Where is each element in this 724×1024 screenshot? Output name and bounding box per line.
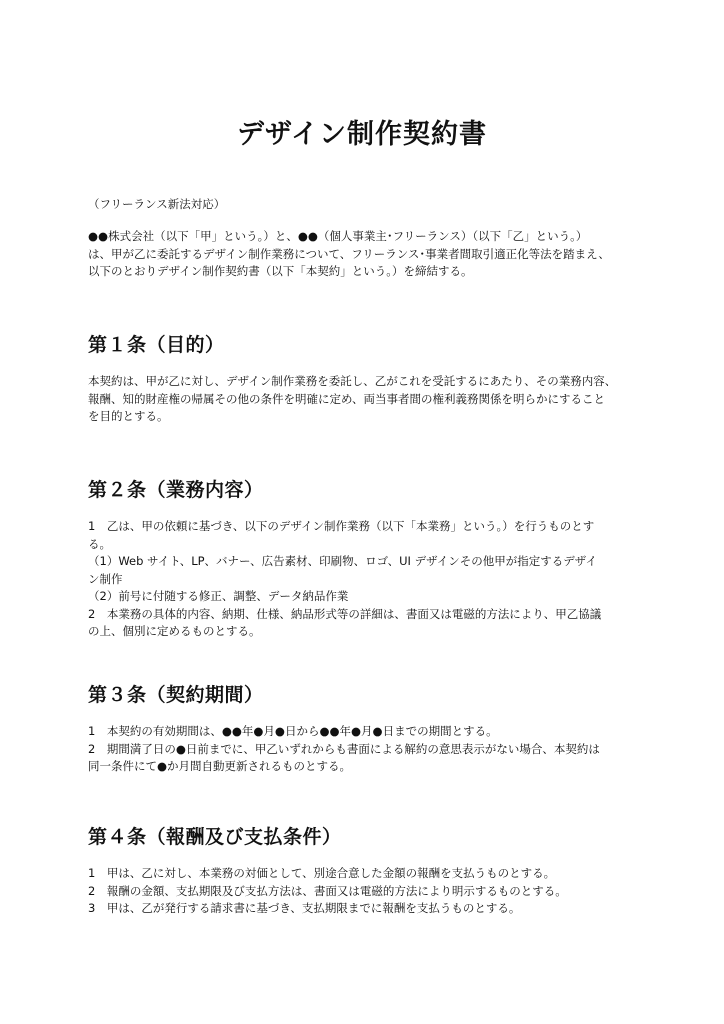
article-line: 報酬、知的財産権の帰属その他の条件を明確に定め、両当事者間の権利義務関係を明らか… [88, 391, 648, 409]
article-2: 第２条（業務内容） 1 乙は、甲の依頼に基づき、以下のデザイン制作業務（以下「本… [88, 476, 648, 641]
article-line: の上、個別に定めるものとする。 [88, 623, 648, 641]
preamble-line: は、甲が乙に委託するデザイン制作業務について、フリーランス･事業者間取引適正化等… [88, 246, 648, 264]
preamble: ●●株式会社（以下「甲」という。）と、●●（個人事業主･フリーランス）（以下「乙… [88, 228, 648, 281]
article-line: 1 乙は、甲の依頼に基づき、以下のデザイン制作業務（以下「本業務」という。）を行… [88, 518, 648, 536]
article-heading: 第４条（報酬及び支払条件） [88, 823, 648, 851]
article-body: 1 本契約の有効期間は、●●年●月●日から●●年●月●日までの期間とする。 2 … [88, 723, 648, 776]
article-line: る。 [88, 536, 648, 554]
article-line: 1 甲は、乙に対し、本業務の対価として、別途合意した金額の報酬を支払うものとする… [88, 865, 648, 883]
preamble-line: ●●株式会社（以下「甲」という。）と、●●（個人事業主･フリーランス）（以下「乙… [88, 228, 648, 246]
article-body: 1 乙は、甲の依頼に基づき、以下のデザイン制作業務（以下「本業務」という。）を行… [88, 518, 648, 641]
article-line: 2 報酬の金額、支払期限及び支払方法は、書面又は電磁的方法により明示するものとす… [88, 883, 648, 901]
article-heading: 第１条（目的） [88, 331, 648, 359]
article-line: （1）Web サイト、LP、バナー、広告素材、印刷物、ロゴ、UI デザインその他… [88, 553, 648, 571]
article-line: を目的とする。 [88, 408, 648, 426]
article-heading: 第３条（契約期間） [88, 681, 648, 709]
article-1: 第１条（目的） 本契約は、甲が乙に対し、デザイン制作業務を委託し、乙がこれを受託… [88, 331, 648, 426]
article-heading: 第２条（業務内容） [88, 476, 648, 504]
article-line: （2）前号に付随する修正、調整、データ納品作業 [88, 588, 648, 606]
article-body: 1 甲は、乙に対し、本業務の対価として、別途合意した金額の報酬を支払うものとする… [88, 865, 648, 918]
article-line: 3 甲は、乙が発行する請求書に基づき、支払期限までに報酬を支払うものとする。 [88, 900, 648, 918]
document-page: デザイン制作契約書 （フリーランス新法対応） ●●株式会社（以下「甲」という。）… [0, 0, 724, 1024]
article-line: 2 期間満了日の●日前までに、甲乙いずれからも書面による解約の意思表示がない場合… [88, 741, 648, 759]
article-line: 同一条件にて●か月間自動更新されるものとする。 [88, 758, 648, 776]
document-title: デザイン制作契約書 [0, 117, 724, 153]
preamble-line: 以下のとおりデザイン制作契約書（以下「本契約」という。）を締結する。 [88, 263, 648, 281]
article-line: 本契約は、甲が乙に対し、デザイン制作業務を委託し、乙がこれを受託するにあたり、そ… [88, 373, 648, 391]
document-subtitle: （フリーランス新法対応） [88, 196, 225, 212]
article-body: 本契約は、甲が乙に対し、デザイン制作業務を委託し、乙がこれを受託するにあたり、そ… [88, 373, 648, 426]
article-line: 1 本契約の有効期間は、●●年●月●日から●●年●月●日までの期間とする。 [88, 723, 648, 741]
article-3: 第３条（契約期間） 1 本契約の有効期間は、●●年●月●日から●●年●月●日まで… [88, 681, 648, 776]
article-line: 2 本業務の具体的内容、納期、仕様、納品形式等の詳細は、書面又は電磁的方法により… [88, 606, 648, 624]
article-4: 第４条（報酬及び支払条件） 1 甲は、乙に対し、本業務の対価として、別途合意した… [88, 823, 648, 918]
article-line: ン制作 [88, 571, 648, 589]
